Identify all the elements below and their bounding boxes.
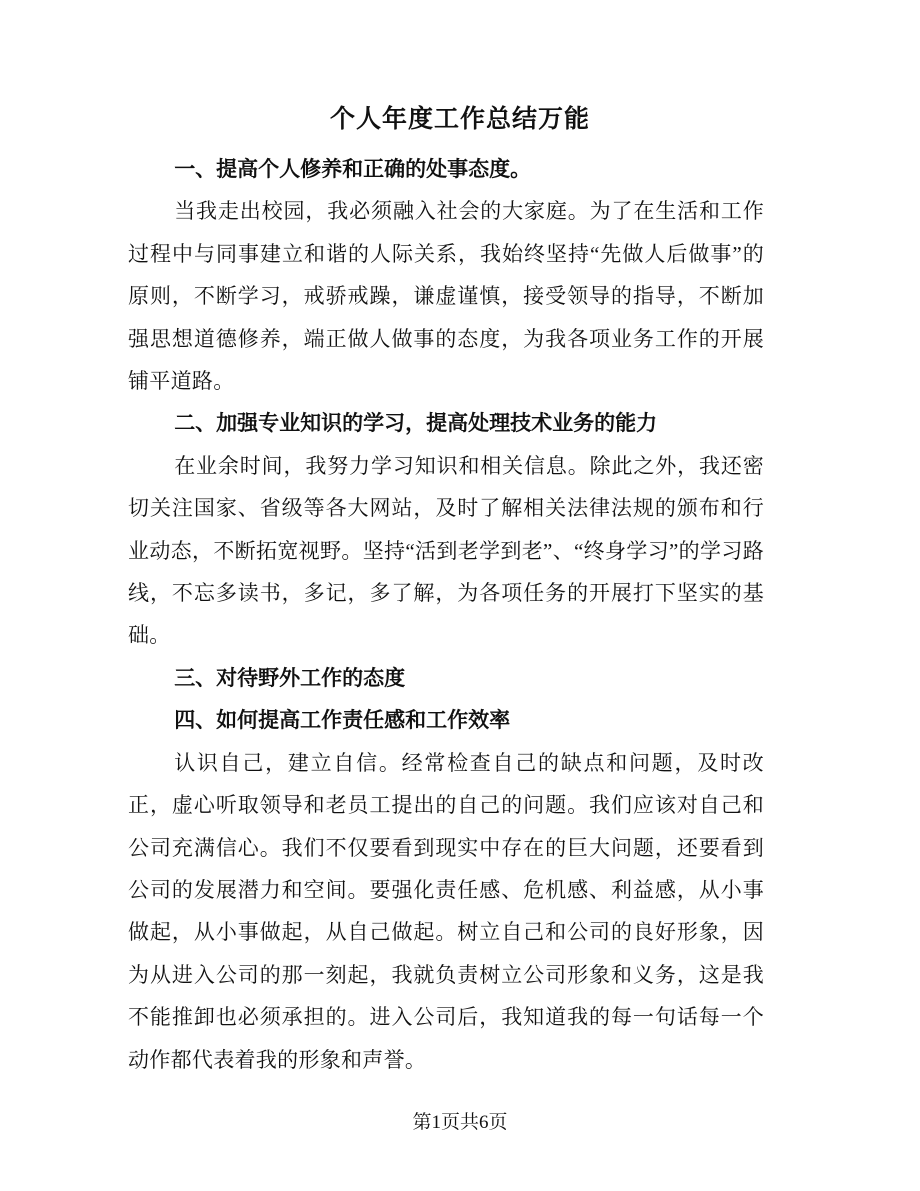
body-paragraph-3: 认识自己，建立自信。经常检查自己的缺点和问题，及时改正，虚心听取领导和老员工提出… [128, 742, 764, 1081]
document-title: 个人年度工作总结万能 [0, 0, 920, 136]
body-paragraph-1: 当我走出校园，我必须融入社会的大家庭。为了在生活和工作过程中与同事建立和谐的人际… [128, 190, 764, 402]
section-heading-2: 二、加强专业知识的学习，提高处理技术业务的能力 [128, 402, 764, 444]
page-number-footer: 第1页共6页 [0, 1110, 920, 1136]
section-heading-1: 一、提高个人修养和正确的处事态度。 [128, 148, 764, 190]
section-heading-3: 三、对待野外工作的态度 [128, 657, 764, 699]
document-body: 一、提高个人修养和正确的处事态度。 当我走出校园，我必须融入社会的大家庭。为了在… [128, 148, 764, 1081]
body-paragraph-2: 在业余时间，我努力学习知识和相关信息。除此之外，我还密切关注国家、省级等各大网站… [128, 445, 764, 657]
section-heading-4: 四、如何提高工作责任感和工作效率 [128, 699, 764, 741]
document-page: 个人年度工作总结万能 一、提高个人修养和正确的处事态度。 当我走出校园，我必须融… [0, 0, 920, 1191]
